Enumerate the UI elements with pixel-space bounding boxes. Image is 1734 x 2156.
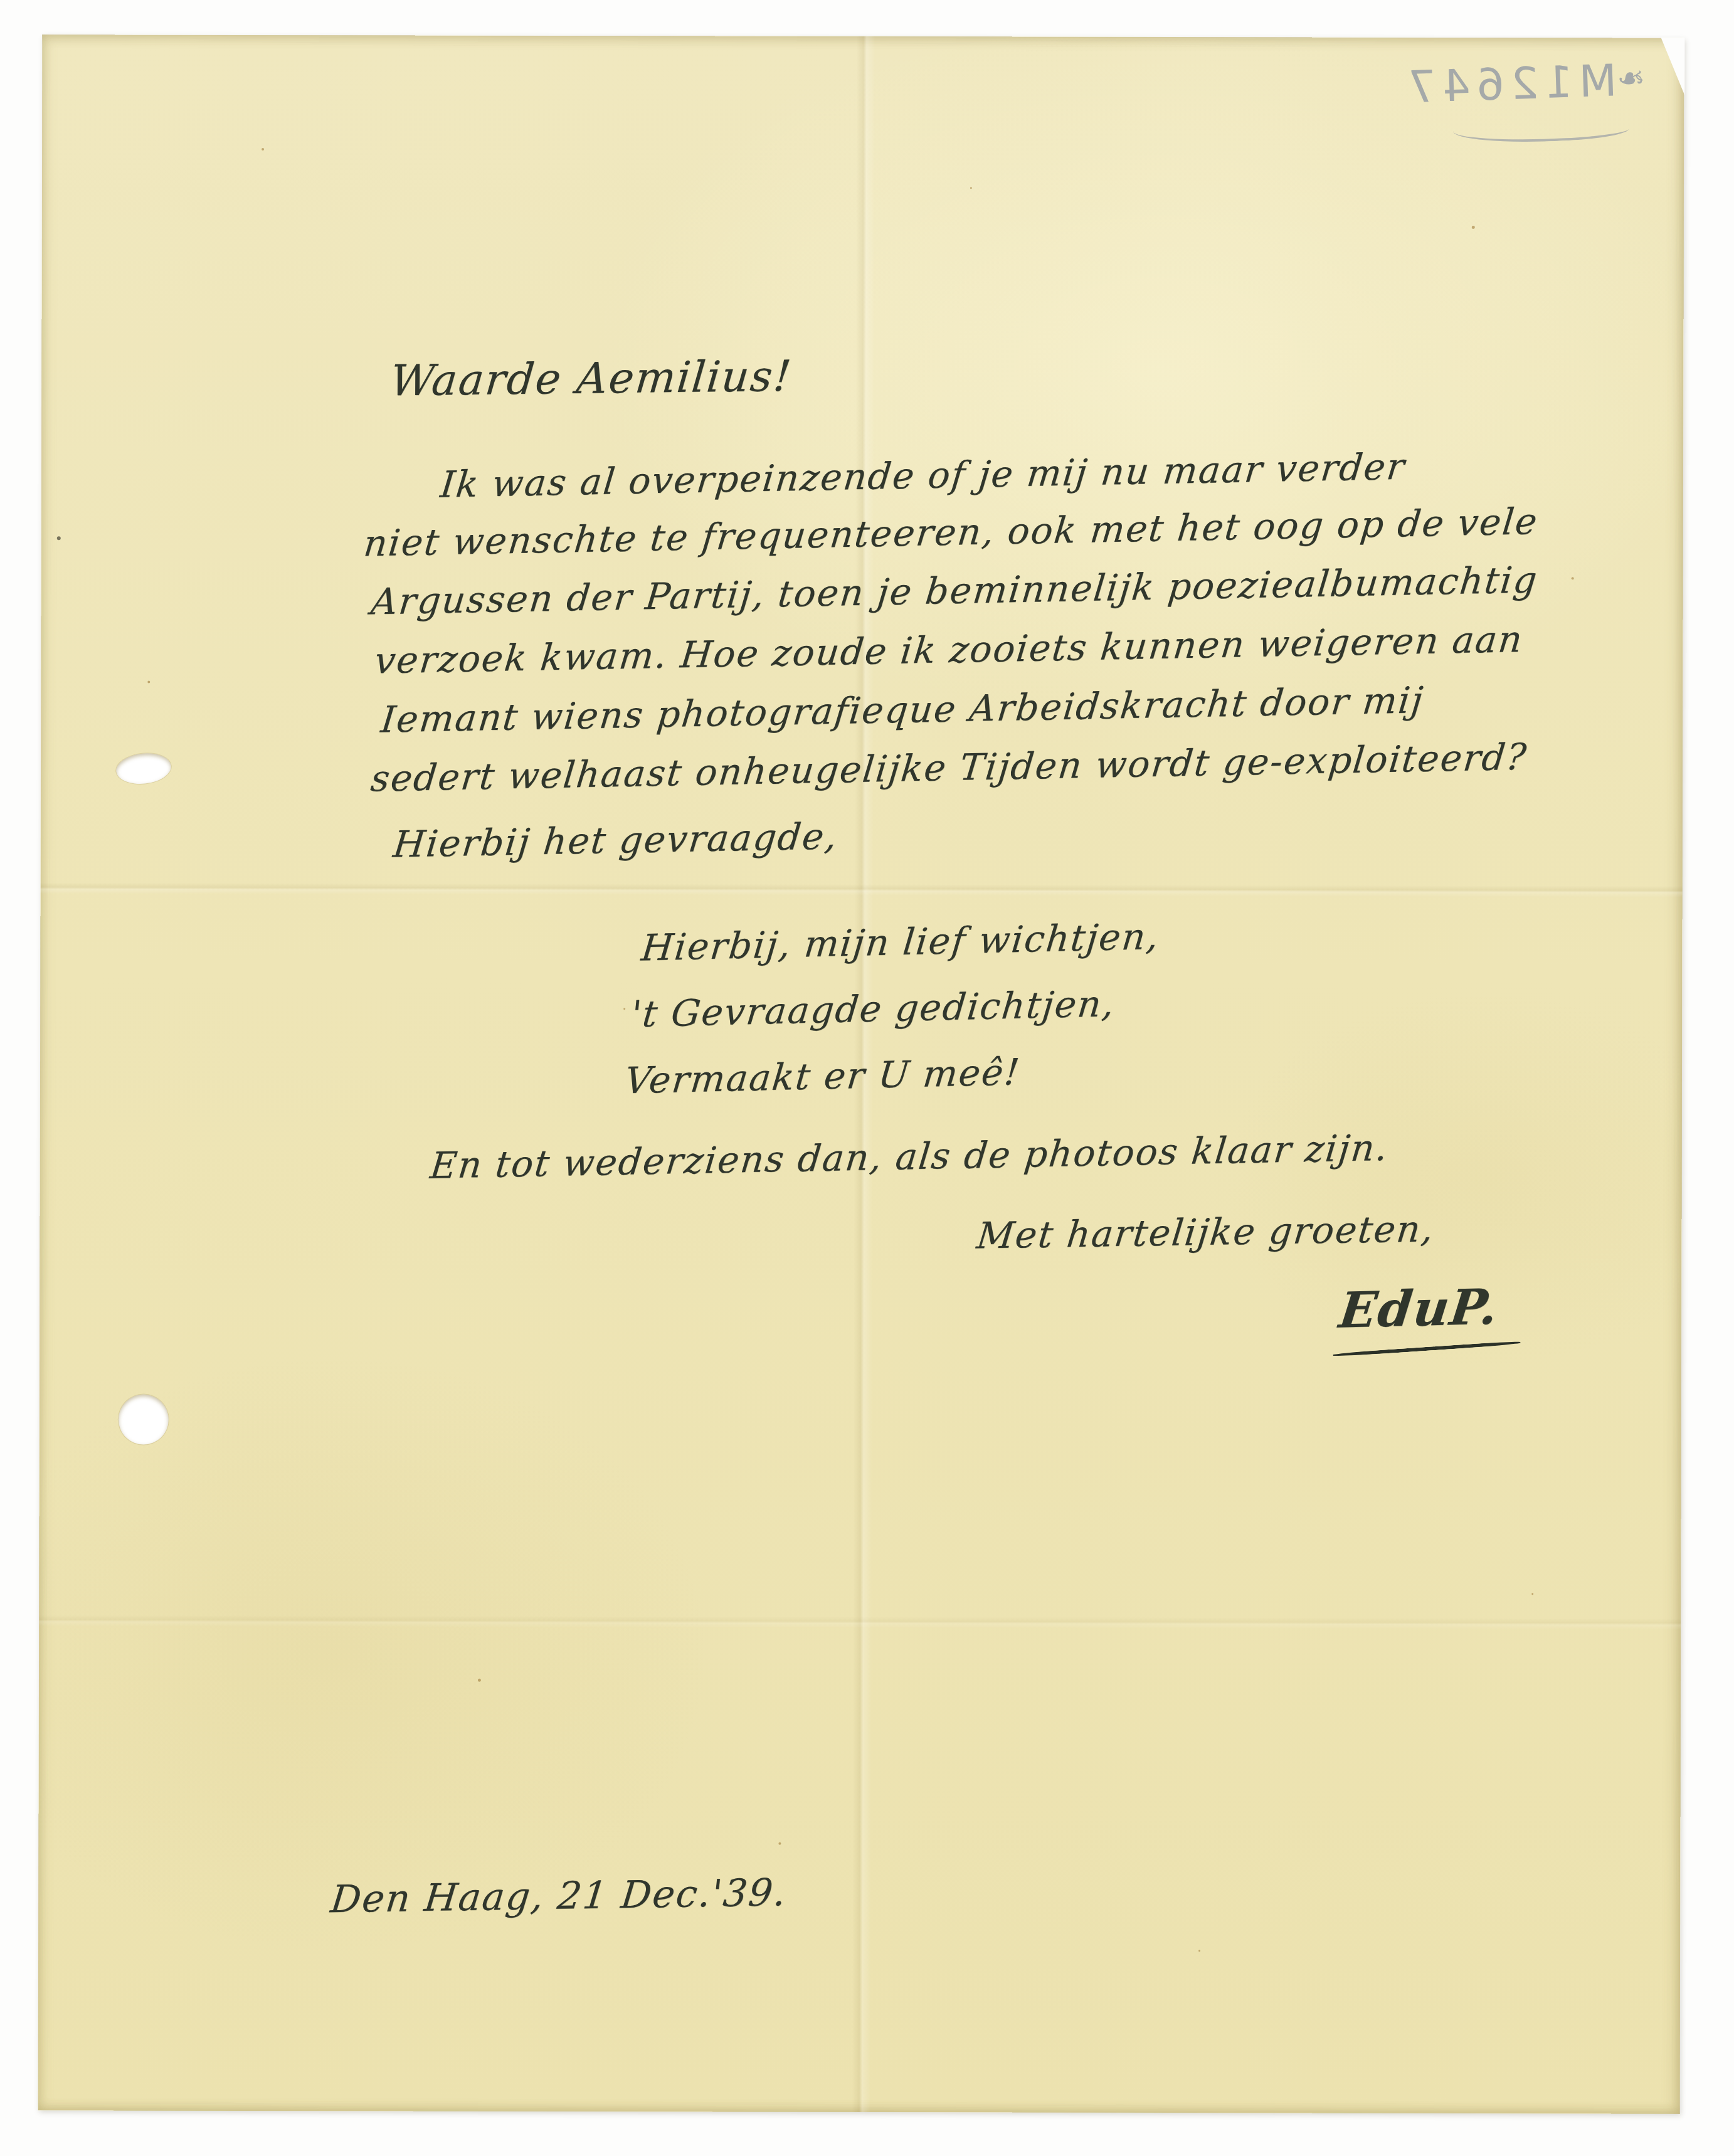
body-line-5: Iemant wiens photografieque Arbeidskrach… [379, 679, 1426, 741]
stamp-flourish-icon: ❧ [1616, 58, 1646, 98]
paper-speck [1531, 1593, 1533, 1595]
punch-hole-bottom [119, 1395, 169, 1445]
paper-speck [262, 148, 264, 151]
archive-mark-swash [1452, 114, 1629, 146]
salutation-line: Waarde Aemilius! [388, 352, 794, 406]
body-line-6: sedert welhaast onheugelijke Tijden word… [369, 736, 1530, 800]
signature-underline [1333, 1341, 1521, 1357]
horizontal-fold-crease [41, 882, 1683, 897]
paper-speck [778, 1842, 781, 1845]
farewell-line: En tot wederziens dan, als de photoos kl… [428, 1126, 1391, 1187]
paper-speck [57, 536, 61, 540]
paper-speck [478, 1679, 481, 1682]
body-line-7: Hierbij het gevraagde, [391, 815, 840, 866]
punch-hole-top [115, 751, 172, 786]
letter-page: ❧M12647 Waarde Aemilius! Ik was al overp… [38, 34, 1684, 2113]
dateline: Den Haag, 21 Dec.'39. [329, 1871, 790, 1921]
signature: EduP. [1336, 1279, 1502, 1340]
archive-mark: ❧M12647 [1401, 54, 1646, 114]
paper-speck [970, 187, 972, 189]
closing-line: Met hartelijke groeten, [975, 1207, 1436, 1257]
poem-line-1: Hierbij, mijn lief wichtjen, [640, 915, 1161, 970]
paper-speck [1572, 577, 1574, 579]
poem-line-3: Vermaakt er U meê! [623, 1050, 1022, 1102]
scan-background: { "colors": { "background": "#fdfdfc", "… [0, 0, 1734, 2156]
body-line-3: Argussen der Partij, toen je beminnelijk… [369, 558, 1540, 623]
body-line-1: Ik was al overpeinzende of je mij nu maa… [438, 445, 1407, 506]
torn-corner-notch [1661, 38, 1684, 95]
archive-mark-text: M12647 [1401, 55, 1618, 113]
paper-speck [147, 681, 150, 684]
paper-speck [1198, 1950, 1200, 1952]
paper-speck [1472, 226, 1475, 229]
horizontal-fold-crease-lower [39, 1615, 1681, 1629]
poem-line-2: 't Gevraagde gedichtjen, [629, 982, 1117, 1035]
paper-speck [623, 1008, 625, 1010]
body-line-4: verzoek kwam. Hoe zoude ik zooiets kunne… [373, 618, 1525, 682]
body-line-2: niet wenschte te frequenteeren, ook met … [362, 500, 1540, 564]
